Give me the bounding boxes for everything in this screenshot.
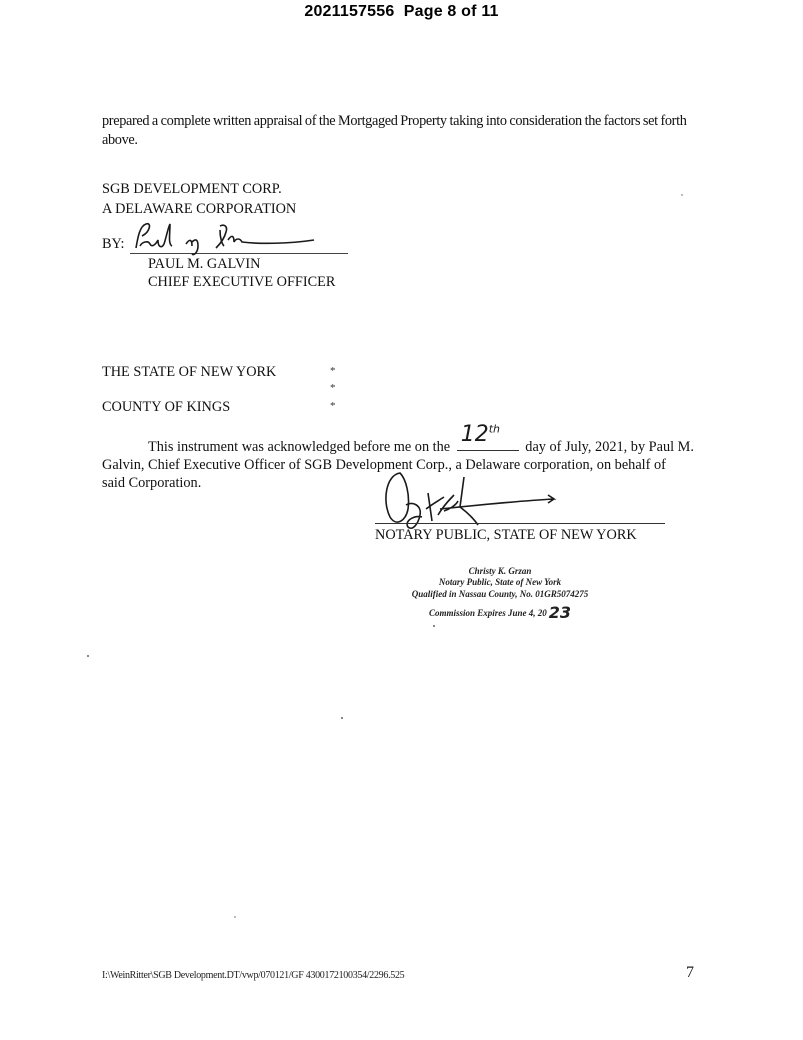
scan-speck — [234, 916, 236, 918]
notary-stamp-name: Christy K. Grzan — [390, 566, 610, 576]
notary-stamp-qualification: Qualified in Nassau County, No. 01GR5074… — [390, 589, 610, 599]
venue-separator: * — [330, 382, 336, 394]
by-label: BY: — [102, 236, 125, 253]
signer-signature — [128, 218, 318, 258]
venue-separator: * — [330, 365, 336, 377]
recording-header: 2021157556 Page 8 of 11 — [0, 3, 803, 21]
company-type: A DELAWARE CORPORATION — [102, 201, 296, 218]
scan-speck — [341, 717, 343, 719]
signer-title: CHIEF EXECUTIVE OFFICER — [148, 274, 335, 291]
company-name: SGB DEVELOPMENT CORP. — [102, 181, 282, 198]
notary-stamp-expiration: Commission Expires June 4, 2023 — [390, 601, 610, 620]
notary-stamp-title: Notary Public, State of New York — [390, 577, 610, 587]
scan-speck — [87, 655, 89, 657]
handwritten-day: 12th — [461, 422, 500, 447]
paragraph-continuation: prepared a complete written appraisal of… — [102, 112, 712, 150]
venue-county: COUNTY OF KINGS — [102, 399, 230, 416]
page-number: 7 — [686, 964, 694, 982]
signer-name: PAUL M. GALVIN — [148, 256, 260, 273]
acknowledgment-text: day of July, 2021, by Paul M. — [525, 439, 694, 455]
acknowledgment-line-1: This instrument was acknowledged before … — [102, 438, 694, 456]
footer-file-path: I:\WeinRitter\SGB Development.DT/vwp/070… — [102, 970, 404, 981]
scan-speck — [433, 625, 435, 627]
expiration-text: Commission Expires June 4, 20 — [429, 608, 547, 618]
scan-speck — [681, 194, 683, 196]
venue-state: THE STATE OF NEW YORK — [102, 364, 276, 381]
venue-separator: * — [330, 400, 336, 412]
notary-signature-line — [375, 523, 665, 524]
document-number: 2021157556 — [304, 3, 394, 20]
handwritten-year: 23 — [549, 603, 571, 622]
page-indicator: Page 8 of 11 — [404, 3, 499, 20]
acknowledgment-line-3: said Corporation. — [102, 475, 201, 492]
acknowledgment-text: This instrument was acknowledged before … — [148, 439, 450, 455]
notary-label: NOTARY PUBLIC, STATE OF NEW YORK — [375, 527, 637, 544]
day-blank: 12th — [457, 438, 519, 451]
